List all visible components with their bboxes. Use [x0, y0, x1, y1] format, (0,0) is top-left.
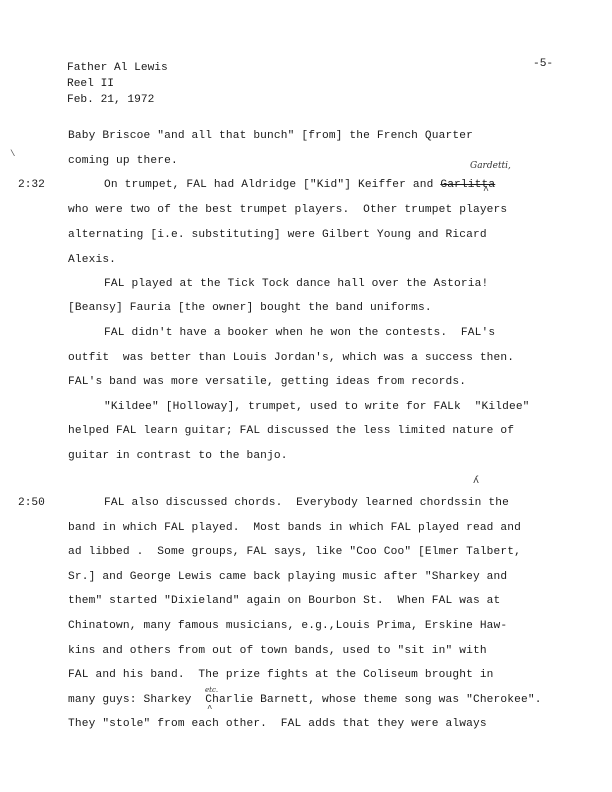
body-line: band in which FAL played. Most bands in …: [68, 522, 521, 534]
body-line: who were two of the best trumpet players…: [68, 204, 507, 216]
body-line: FAL and his band. The prize fights at th…: [68, 669, 494, 681]
body-line: ad libbed . Some groups, FAL says, like …: [68, 546, 521, 558]
timestamp: 2:50: [18, 497, 45, 509]
body-line: On trumpet, FAL had Aldridge ["Kid"] Kei…: [104, 179, 495, 191]
insert-caret: ʎ: [473, 476, 479, 487]
body-line: Baby Briscoe "and all that bunch" [from]…: [68, 130, 473, 142]
body-line: kins and others from out of town bands, …: [68, 645, 487, 657]
body-line: FAL's band was more versatile, getting i…: [68, 376, 466, 388]
document-page: Father Al Lewis Reel II Feb. 21, 1972 -5…: [0, 0, 612, 792]
timestamp: 2:32: [18, 179, 45, 191]
insert-caret: ^: [483, 186, 489, 197]
body-line: alternating [i.e. substituting] were Gil…: [68, 229, 487, 241]
body-line: Sr.] and George Lewis came back playing …: [68, 571, 507, 583]
stray-mark: \: [10, 149, 15, 159]
header-reel: Reel II: [67, 77, 114, 91]
body-line: FAL didn't have a booker when he won the…: [104, 327, 495, 339]
body-line: helped FAL learn guitar; FAL discussed t…: [68, 425, 514, 437]
body-line: outfit was better than Louis Jordan's, w…: [68, 352, 514, 364]
body-line: FAL played at the Tick Tock dance hall o…: [104, 278, 488, 290]
page-number: -5-: [533, 58, 553, 70]
header-name: Father Al Lewis: [67, 61, 168, 75]
body-line: Alexis.: [68, 254, 116, 266]
body-line: FAL also discussed chords. Everybody lea…: [104, 497, 509, 509]
body-line: them" started "Dixieland" again on Bourb…: [68, 595, 500, 607]
header-date: Feb. 21, 1972: [67, 93, 154, 107]
body-line: "Kildee" [Holloway], trumpet, used to wr…: [104, 401, 530, 413]
body-line: Chinatown, many famous musicians, e.g.,L…: [68, 620, 507, 632]
body-line-text: On trumpet, FAL had Aldridge ["Kid"] Kei…: [104, 179, 440, 191]
body-line: [Beansy] Fauria [the owner] bought the b…: [68, 302, 432, 314]
body-line: They "stole" from each other. FAL adds t…: [68, 718, 487, 730]
body-line: many guys: Sharkey Charlie Barnett, whos…: [68, 694, 542, 706]
body-line: coming up there.: [68, 155, 178, 167]
body-line: guitar in contrast to the banjo.: [68, 450, 288, 462]
handwritten-correction: Gardetti,: [470, 161, 511, 171]
insert-caret: ^: [207, 704, 212, 714]
handwritten-insert: etc.: [205, 686, 218, 694]
